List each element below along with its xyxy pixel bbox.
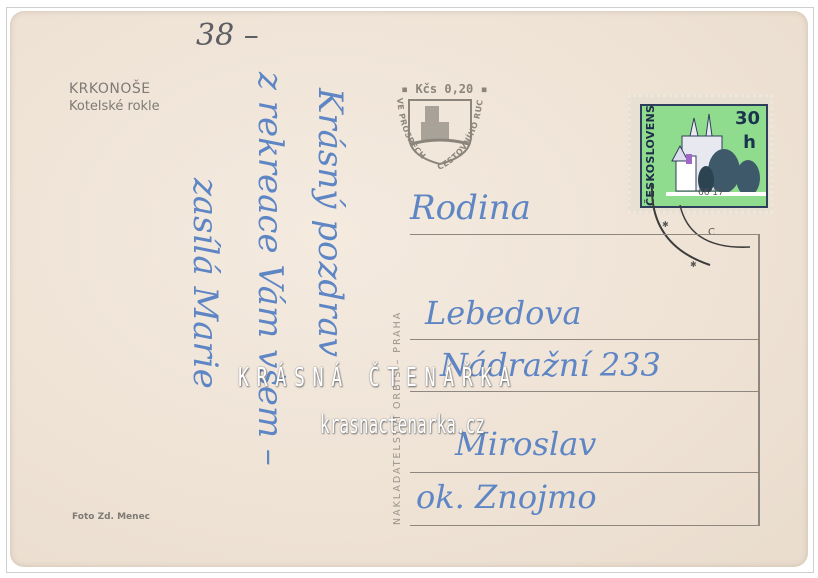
- photo-credit: Foto Zd. Menec: [72, 512, 150, 522]
- castle-emblem-icon: ▪ Kčs 0,20 ▪ VE PROSPĚCH CESTOVNÍHO RUCH…: [387, 78, 492, 178]
- watermark-url: krasnactenarka.cz: [320, 410, 485, 440]
- address-line-2: [410, 339, 760, 340]
- postcard-title: KRKONOŠE: [69, 81, 151, 97]
- svg-text:✱: ✱: [662, 220, 669, 229]
- address-line-1: [410, 234, 760, 235]
- svg-text:▪ Kčs 0,20 ▪: ▪ Kčs 0,20 ▪: [401, 82, 488, 96]
- svg-text:66 17: 66 17: [698, 188, 724, 198]
- svg-text:C: C: [708, 227, 715, 238]
- postage-emblem: ▪ Kčs 0,20 ▪ VE PROSPĚCH CESTOVNÍHO RUCH…: [387, 78, 492, 178]
- address-line-5: [410, 525, 760, 526]
- message-line-1: Krásný pozdrav: [310, 88, 350, 357]
- address-name: Lebedova: [425, 294, 582, 332]
- address-frame-right: [758, 234, 760, 526]
- postcard-subtitle: Kotelské rokle: [69, 99, 160, 114]
- address-district: ok. Znojmo: [416, 478, 597, 516]
- message-line-2: z rekreace Vám všem –: [250, 72, 290, 466]
- pencil-note: 38 –: [196, 18, 259, 53]
- message-line-3: zasílá Marie: [185, 178, 225, 389]
- address-line-4: [410, 472, 760, 473]
- watermark-title: KRÁSNÁ ČTENÁŘKA: [238, 363, 518, 393]
- svg-text:✱: ✱: [690, 260, 697, 269]
- address-recipient: Rodina: [410, 188, 531, 228]
